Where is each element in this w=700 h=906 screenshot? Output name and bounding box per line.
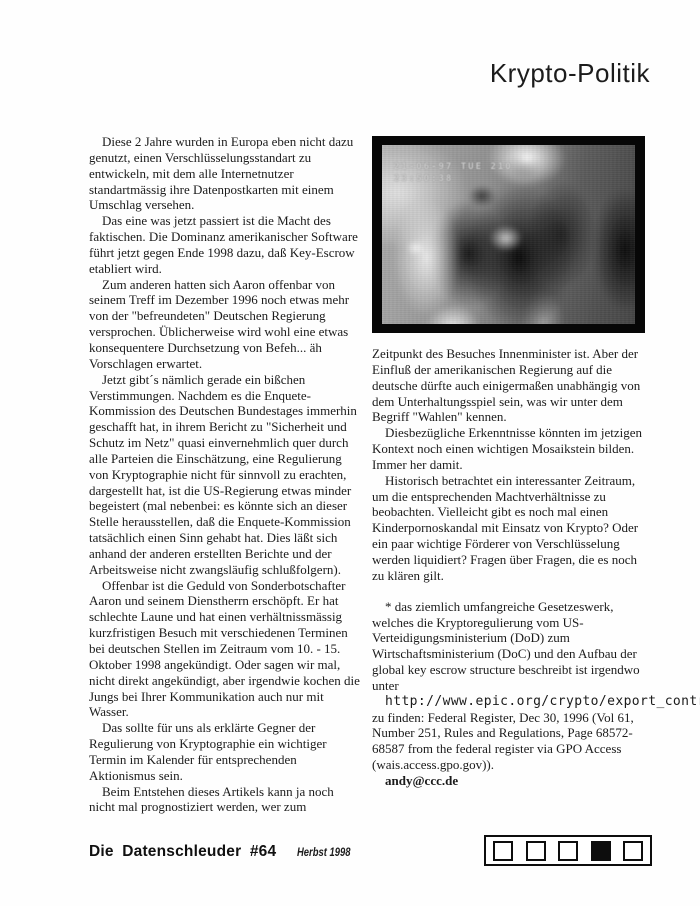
footnote-text: * das ziemlich umfangreiche Gesetzeswerk…	[372, 599, 646, 694]
article-paragraph: Beim Entstehen dieses Artikels kann ja n…	[89, 784, 363, 816]
page-marker-box	[484, 835, 652, 866]
footnote-url: http://www.epic.org/crypto/export_contro…	[372, 694, 646, 710]
publication-name: Die Datenschleuder #64	[89, 843, 276, 861]
issue-date: Herbst 1998	[297, 847, 350, 859]
article-paragraph: Offenbar ist die Geduld von Sonderbotsch…	[89, 578, 363, 721]
page-title: Krypto-Politik	[490, 58, 650, 89]
surveillance-photo-frame: 21-06-97 TUE 210 23:50:38	[382, 145, 635, 324]
article-paragraph: Diesbezügliche Erkenntnisse könnten im j…	[372, 425, 646, 473]
article-paragraph: Das sollte für uns als erklärte Gegner d…	[89, 720, 363, 783]
page-marker-square-empty	[558, 841, 578, 861]
article-paragraph: Das eine was jetzt passiert ist die Mach…	[89, 213, 363, 276]
camera-timestamp-line2: 23:50:38	[394, 173, 513, 185]
article-paragraph: Historisch betrachtet ein interessanter …	[372, 473, 646, 584]
article-paragraph: Jetzt gibt´s nämlich gerade ein bißchen …	[89, 372, 363, 578]
article-paragraph: Zum anderen hatten sich Aaron offenbar v…	[89, 277, 363, 372]
article-paragraph: Diese 2 Jahre wurden in Europa eben nich…	[89, 134, 363, 213]
right-column: Zeitpunkt des Besuches Innenminister ist…	[372, 346, 646, 789]
left-column: Diese 2 Jahre wurden in Europa eben nich…	[89, 134, 363, 815]
page-marker-square-empty	[623, 841, 643, 861]
footnote-text: zu finden: Federal Register, Dec 30, 199…	[372, 710, 646, 773]
author-email: andy@ccc.de	[372, 773, 646, 789]
camera-timestamp-overlay: 21-06-97 TUE 210 23:50:38	[394, 161, 513, 185]
page-marker-square-filled	[591, 841, 611, 861]
article-paragraph: Zeitpunkt des Besuches Innenminister ist…	[372, 346, 646, 425]
page-marker-square-empty	[526, 841, 546, 861]
page-marker-square-empty	[493, 841, 513, 861]
camera-timestamp-line1: 21-06-97 TUE 210	[394, 161, 513, 173]
surveillance-photo: 21-06-97 TUE 210 23:50:38	[372, 136, 645, 333]
magazine-page: Krypto-Politik Diese 2 Jahre wurden in E…	[0, 0, 700, 906]
